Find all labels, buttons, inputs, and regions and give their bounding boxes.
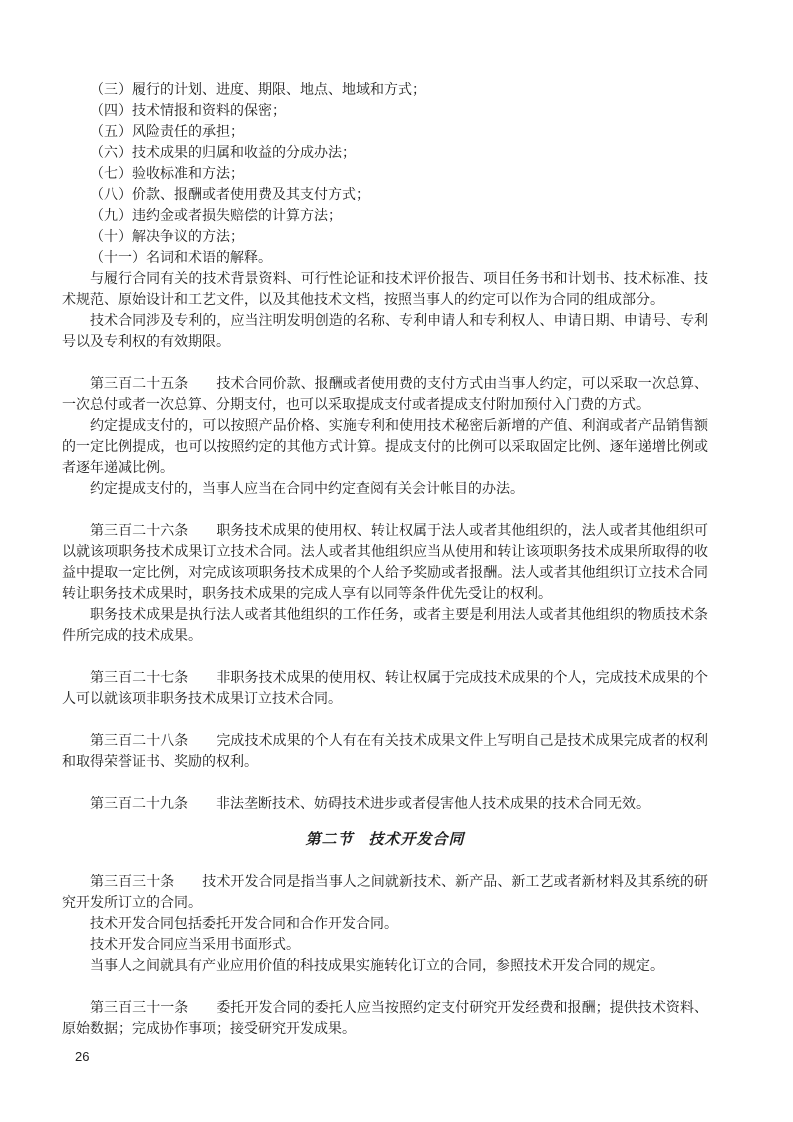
article-number: 第三百二十九条 (90, 797, 188, 812)
clause-item: （十一）名词和术语的解释。 (62, 248, 708, 269)
article-325: 第三百二十五条技术合同价款、报酬或者使用费的支付方式由当事人约定，可以采取一次总… (62, 374, 708, 500)
article-number: 第三百二十六条 (90, 524, 188, 539)
clause-item: （九）违约金或者损失赔偿的计算方法； (62, 206, 708, 227)
article-paragraph: 约定提成支付的，可以按照产品价格、实施专利和使用技术秘密后新增的产值、利润或者产… (62, 416, 708, 479)
section-heading: 第二节技术开发合同 (62, 830, 708, 851)
clause-item: （六）技术成果的归属和收益的分成办法； (62, 143, 708, 164)
clause-item: （七）验收标准和方法； (62, 164, 708, 185)
article-329: 第三百二十九条非法垄断技术、妨碍技术进步或者侵害他人技术成果的技术合同无效。 (62, 794, 708, 815)
article-lead-text: 非法垄断技术、妨碍技术进步或者侵害他人技术成果的技术合同无效。 (216, 797, 650, 812)
article-lead-paragraph: 第三百二十九条非法垄断技术、妨碍技术进步或者侵害他人技术成果的技术合同无效。 (62, 794, 708, 815)
article-326: 第三百二十六条职务技术成果的使用权、转让权属于法人或者其他组织的，法人或者其他组… (62, 521, 708, 647)
section-title: 技术开发合同 (369, 832, 465, 848)
article-331: 第三百三十一条委托开发合同的委托人应当按照约定支付研究开发经费和报酬；提供技术资… (62, 998, 708, 1040)
page-number: 26 (75, 1046, 89, 1067)
clause-item: （五）风险责任的承担； (62, 122, 708, 143)
article-330: 第三百三十条技术开发合同是指当事人之间就新技术、新产品、新工艺或者新材料及其系统… (62, 872, 708, 977)
article-lead-paragraph: 第三百二十六条职务技术成果的使用权、转让权属于法人或者其他组织的，法人或者其他组… (62, 521, 708, 605)
clause-item: （三）履行的计划、进度、期限、地点、地域和方式； (62, 80, 708, 101)
article-lead-paragraph: 第三百三十条技术开发合同是指当事人之间就新技术、新产品、新工艺或者新材料及其系统… (62, 872, 708, 914)
article-paragraph: 职务技术成果是执行法人或者其他组织的工作任务，或者主要是利用法人或者其他组织的物… (62, 605, 708, 647)
article-number: 第三百二十七条 (90, 671, 188, 686)
clause-list: （三）履行的计划、进度、期限、地点、地域和方式； （四）技术情报和资料的保密； … (62, 80, 708, 269)
article-328: 第三百二十八条完成技术成果的个人有在有关技术成果文件上写明自己是技术成果完成者的… (62, 731, 708, 773)
article-paragraph: 技术开发合同应当采用书面形式。 (62, 935, 708, 956)
document-page: （三）履行的计划、进度、期限、地点、地域和方式； （四）技术情报和资料的保密； … (0, 0, 793, 1122)
article-paragraph: 技术开发合同包括委托开发合同和合作开发合同。 (62, 914, 708, 935)
clause-item: （四）技术情报和资料的保密； (62, 101, 708, 122)
section-number: 第二节 (305, 832, 353, 848)
clause-item: （八）价款、报酬或者使用费及其支付方式； (62, 185, 708, 206)
article-lead-paragraph: 第三百二十五条技术合同价款、报酬或者使用费的支付方式由当事人约定，可以采取一次总… (62, 374, 708, 416)
article-number: 第三百三十一条 (90, 1001, 188, 1016)
article-paragraph: 当事人之间就具有产业应用价值的科技成果实施转化订立的合同，参照技术开发合同的规定… (62, 956, 708, 977)
article-327: 第三百二十七条非职务技术成果的使用权、转让权属于完成技术成果的个人，完成技术成果… (62, 668, 708, 710)
article-lead-paragraph: 第三百二十八条完成技术成果的个人有在有关技术成果文件上写明自己是技术成果完成者的… (62, 731, 708, 773)
general-paragraph: 与履行合同有关的技术背景资料、可行性论证和技术评价报告、项目任务书和计划书、技术… (62, 269, 708, 311)
article-number: 第三百二十五条 (90, 377, 188, 392)
article-number: 第三百三十条 (90, 875, 174, 890)
page-body-text: （三）履行的计划、进度、期限、地点、地域和方式； （四）技术情报和资料的保密； … (62, 80, 708, 1040)
article-number: 第三百二十八条 (90, 734, 188, 749)
article-lead-paragraph: 第三百三十一条委托开发合同的委托人应当按照约定支付研究开发经费和报酬；提供技术资… (62, 998, 708, 1040)
clause-item: （十）解决争议的方法； (62, 227, 708, 248)
article-paragraph: 约定提成支付的，当事人应当在合同中约定查阅有关会计帐目的办法。 (62, 479, 708, 500)
article-lead-paragraph: 第三百二十七条非职务技术成果的使用权、转让权属于完成技术成果的个人，完成技术成果… (62, 668, 708, 710)
general-paragraph: 技术合同涉及专利的，应当注明发明创造的名称、专利申请人和专利权人、申请日期、申请… (62, 311, 708, 353)
